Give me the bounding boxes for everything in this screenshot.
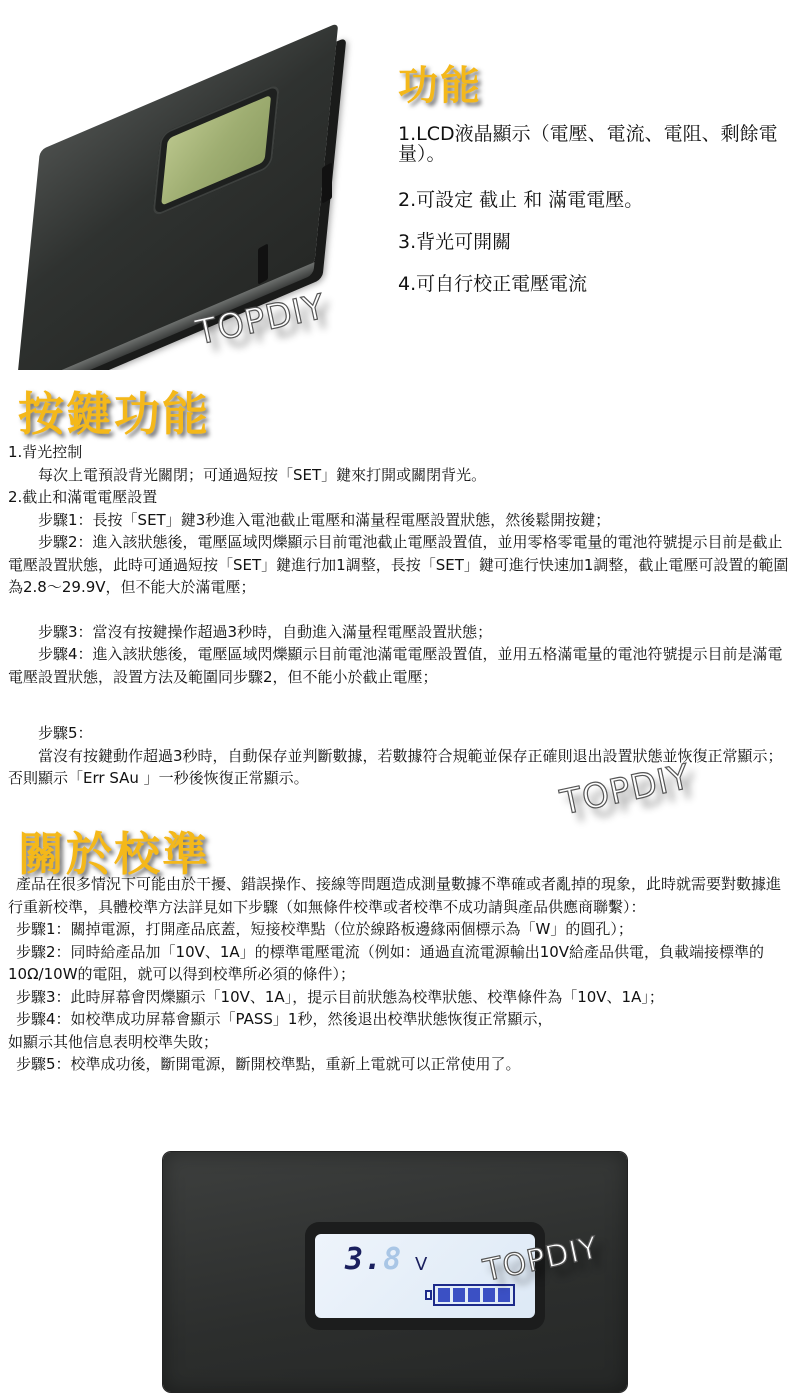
calibration-step: 步驟4：如校準成功屏幕會顯示「PASS」1秒，然後退出校準狀態恢復正常顯示， (8, 1008, 794, 1031)
voltage-unit: V (415, 1254, 427, 1275)
voltage-reading: 3.8 (345, 1242, 402, 1277)
step-paragraph: 步驟2：進入該狀態後，電壓區域閃爍顯示目前電池截止電壓設置值，並用零格零電量的電… (8, 531, 794, 599)
calibration-intro: 產品在很多情況下可能由於干擾、錯誤操作、接線等問題造成測量數據不準確或者亂掉的現… (8, 873, 794, 918)
voltage-digit: 3. (345, 1242, 383, 1277)
features-heading: 功能 (398, 54, 482, 111)
item-title: 2.截止和滿電電壓設置 (8, 486, 794, 509)
feature-item: 1.LCD液晶顯示（電壓、電流、電阻、剩餘電量）。 (398, 124, 798, 164)
paragraph: 每次上電預設背光關閉；可通過短按「SET」鍵來打開或關閉背光。 (8, 464, 794, 487)
step-paragraph: 步驟4：進入該狀態後，電壓區域閃爍顯示目前電池滿電電壓設置值，並用五格滿電量的電… (8, 643, 794, 688)
calibration-step: 步驟3：此時屏幕會閃爍顯示「10V、1A」，提示目前狀態為校準狀態、校準條件為「… (8, 986, 794, 1009)
button-functions-heading: 按鍵功能 (18, 378, 210, 444)
side-slot (322, 162, 332, 203)
lcd-screen-off (161, 95, 271, 206)
lcd-bezel (152, 83, 280, 218)
battery-segment (483, 1288, 495, 1302)
voltage-ghost-digit: 8 (383, 1242, 402, 1277)
feature-item: 3.背光可開關 (398, 232, 798, 252)
battery-segment (453, 1288, 465, 1302)
button-functions-body: 1.背光控制 每次上電預設背光關閉；可通過短按「SET」鍵來打開或關閉背光。 2… (8, 441, 794, 790)
calibration-body: 產品在很多情況下可能由於干擾、錯誤操作、接線等問題造成測量數據不準確或者亂掉的現… (8, 873, 794, 1076)
side-slot (258, 243, 268, 284)
battery-segment (468, 1288, 480, 1302)
product-photo-angled: TOPDIY (0, 0, 400, 370)
product-photo-front: 3.8 V TOPDIY (163, 1152, 627, 1392)
step-paragraph: 步驟3：當沒有按鍵操作超過3秒時，自動進入滿量程電壓設置狀態； (8, 621, 794, 644)
battery-segment (438, 1288, 450, 1302)
step-paragraph: 步驟5： (8, 722, 794, 745)
battery-icon (433, 1284, 515, 1306)
feature-item: 2.可設定 截止 和 滿電電壓。 (398, 190, 798, 210)
calibration-step: 步驟5：校準成功後，斷開電源，斷開校準點，重新上電就可以正常使用了。 (8, 1053, 794, 1076)
battery-terminal (425, 1290, 432, 1300)
battery-segment (498, 1288, 510, 1302)
calibration-step: 如顯示其他信息表明校準失敗； (8, 1031, 794, 1054)
calibration-step: 步驟1：關掉電源，打開產品底蓋，短接校準點（位於線路板邊緣兩個標示為「W」的圓孔… (8, 918, 794, 941)
step-paragraph: 步驟1：長按「SET」鍵3秒進入電池截止電壓和滿量程電壓設置狀態，然後鬆開按鍵； (8, 509, 794, 532)
item-title: 1.背光控制 (8, 441, 794, 464)
features-list: 1.LCD液晶顯示（電壓、電流、電阻、剩餘電量）。 2.可設定 截止 和 滿電電… (398, 124, 798, 316)
calibration-step: 步驟2：同時給產品加「10V、1A」的標準電壓電流（例如：通過直流電源輸出10V… (8, 941, 794, 986)
feature-item: 4.可自行校正電壓電流 (398, 274, 798, 294)
